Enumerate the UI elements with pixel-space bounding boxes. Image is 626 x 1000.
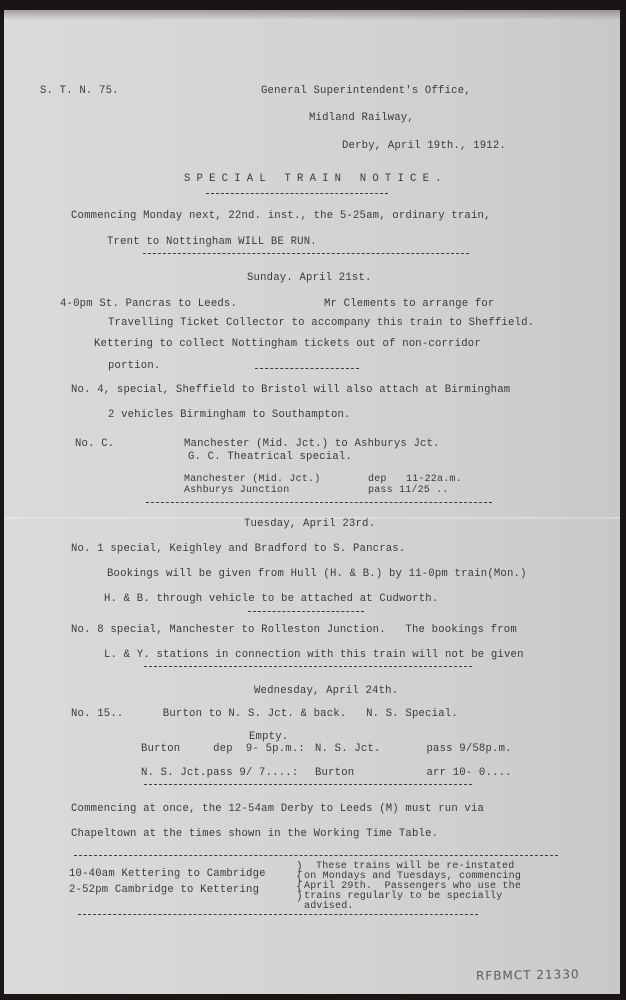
day-heading-sunday: Sunday. April 21st.	[247, 272, 372, 284]
wednesday-entry-2-line-1: Commencing at once, the 12-54am Derby to…	[71, 803, 484, 815]
tuesday-entry-1-line-2: Bookings will be given from Hull (H. & B…	[107, 568, 527, 580]
wednesday-entry-2-line-2: Chapeltown at the times shown in the Wor…	[71, 828, 438, 840]
timing-action: pass	[368, 486, 393, 496]
divider	[78, 914, 478, 915]
sunday-entry-3-route: Manchester (Mid. Jct.) to Ashburys Jct.	[184, 438, 440, 450]
title-underline	[206, 193, 388, 194]
tuesday-entry-2-line-1: No. 8 special, Manchester to Rolleston J…	[71, 624, 517, 636]
brace: ) { { )	[296, 862, 303, 902]
place-date: Derby, April 19th., 1912.	[342, 140, 506, 152]
archive-reference: RFBMCT 21330	[476, 967, 580, 983]
tuesday-entry-1-line-1: No. 1 special, Keighley and Bradford to …	[71, 543, 405, 555]
sunday-entry-2-line-1: No. 4, special, Sheffield to Bristol wil…	[71, 384, 510, 396]
divider	[255, 368, 359, 369]
divider	[146, 502, 492, 503]
tuesday-entry-2-line-2: L. & Y. stations in connection with this…	[104, 649, 524, 661]
reinstated-train: 10-40am Kettering to Cambridge	[69, 868, 266, 880]
office-name: General Superintendent's Office,	[261, 85, 471, 97]
sunday-entry-1-line-2: Travelling Ticket Collector to accompany…	[108, 317, 534, 329]
reinstated-note-line: advised.	[304, 902, 354, 912]
sunday-entry-1-line-4: portion.	[108, 360, 160, 372]
sunday-entry-2-line-2: 2 vehicles Birmingham to Southampton.	[108, 409, 351, 421]
timing-time: 11-22a.m.	[406, 475, 462, 485]
company-name: Midland Railway,	[309, 112, 414, 124]
notice-title: SPECIAL TRAIN NOTICE.	[184, 173, 448, 185]
wednesday-entry-1-empty-label: Empty.	[249, 731, 288, 743]
timing-row-left: Burton dep 9- 5p.m.:	[141, 743, 305, 755]
timing-row-right: N. S. Jct. pass 9/58p.m.	[315, 743, 512, 755]
timing-station: Ashburys Junction	[184, 486, 289, 496]
sunday-entry-1-right: Mr Clements to arrange for	[324, 298, 495, 310]
timing-station: Manchester (Mid. Jct.)	[184, 475, 320, 485]
sunday-entry-3-description: G. C. Theatrical special.	[188, 451, 352, 463]
sunday-entry-1-left: 4-0pm St. Pancras to Leeds.	[60, 298, 237, 310]
day-heading-tuesday: Tuesday, April 23rd.	[244, 518, 375, 530]
notice-reference: S. T. N. 75.	[40, 85, 119, 97]
divider	[143, 253, 469, 254]
document-page: S. T. N. 75. General Superintendent's Of…	[4, 10, 620, 994]
wednesday-entry-1-line-1: No. 15.. Burton to N. S. Jct. & back. N.…	[71, 708, 458, 720]
timing-time: 11/25 ..	[399, 486, 449, 496]
intro-line-1: Commencing Monday next, 22nd. inst., the…	[71, 210, 491, 222]
day-heading-wednesday: Wednesday, April 24th.	[254, 685, 398, 697]
timing-action: dep	[368, 475, 387, 485]
tuesday-entry-1-line-3: H. & B. through vehicle to be attached a…	[104, 593, 438, 605]
timing-row-right: Burton arr 10- 0....	[315, 767, 512, 779]
divider	[144, 784, 472, 785]
sunday-entry-1-line-3: Kettering to collect Nottingham tickets …	[94, 338, 481, 350]
sunday-entry-3-number: No. C.	[75, 438, 114, 450]
reinstated-train: 2-52pm Cambridge to Kettering	[69, 884, 259, 896]
divider	[248, 611, 364, 612]
timing-row-left: N. S. Jct.pass 9/ 7....:	[141, 767, 298, 779]
intro-line-2: Trent to Nottingham WILL BE RUN.	[107, 236, 317, 248]
divider	[144, 666, 472, 667]
divider	[74, 855, 558, 856]
